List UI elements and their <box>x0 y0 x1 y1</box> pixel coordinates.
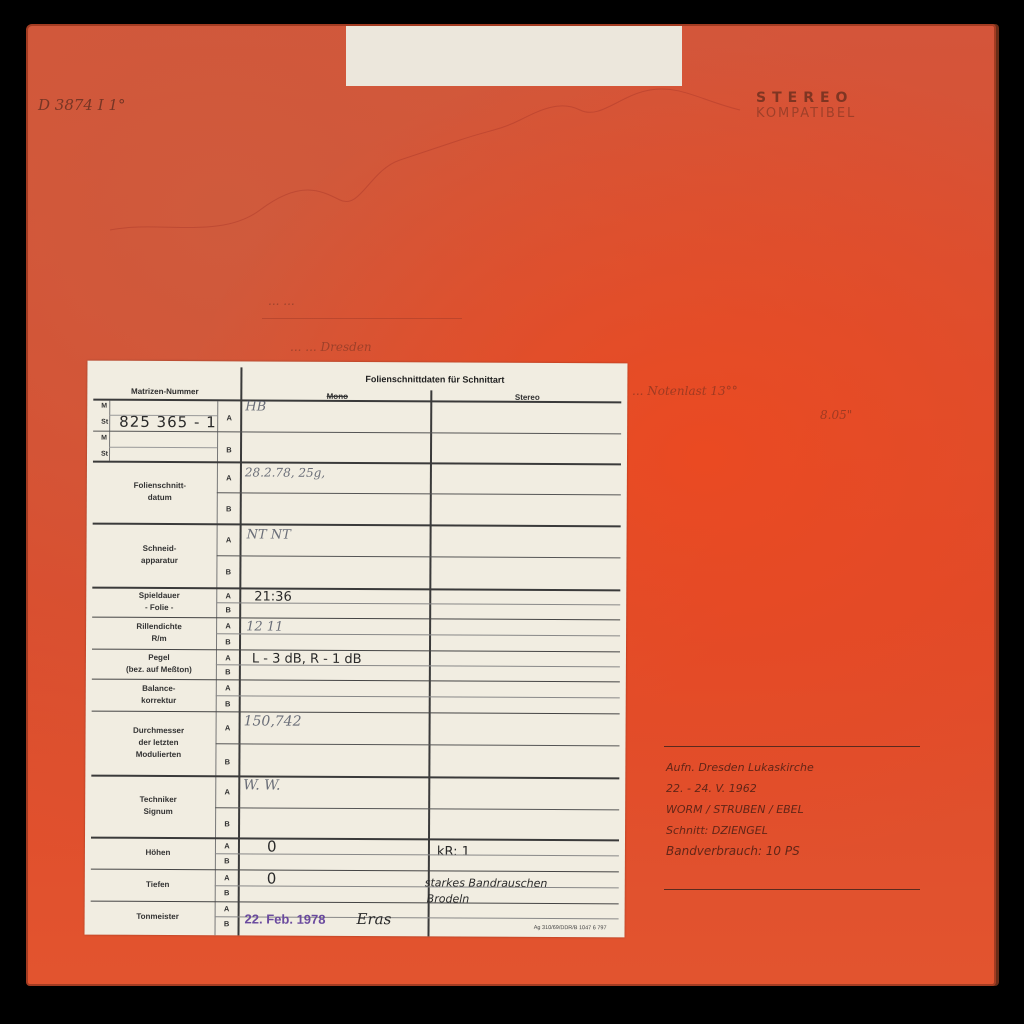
row-label-tiefen: Tiefen <box>93 869 223 902</box>
recording-engineers: WORM / STRUBEN / EBEL <box>664 799 920 820</box>
rule <box>93 431 621 435</box>
faint-note-3: ... Notenlast 13°° <box>632 384 738 398</box>
side-b-label: B <box>222 699 234 708</box>
matrix-row-m: M <box>101 403 107 410</box>
side-a-label: A <box>221 841 233 850</box>
divider-main <box>237 367 241 935</box>
matrix-number-header: Matrizen-Nummer <box>87 387 242 397</box>
side-a-label: A <box>221 904 233 913</box>
rule <box>215 743 619 746</box>
row-label-pegel: Pegel (bez. auf Meßton) <box>94 649 224 680</box>
stereo-note-bandrauschen: starkes Bandrauschen <box>425 876 548 890</box>
faint-note-2: ... ... Dresden <box>290 340 372 354</box>
techniker-signum-value-a: W. W. <box>243 777 280 793</box>
side-b-label: B <box>221 819 233 828</box>
mono-note-hb: HB <box>245 399 266 414</box>
side-a-label: A <box>223 473 235 482</box>
cutting-data-card: Matrizen-Nummer Folienschnittdaten für S… <box>85 361 628 938</box>
side-b-label: B <box>221 919 233 928</box>
schneidapparatur-value-a: NT NT <box>247 527 291 542</box>
row-label-hoehen: Höhen <box>93 837 223 870</box>
rule <box>216 695 620 698</box>
rule <box>216 633 620 636</box>
side-a-label: A <box>223 535 235 544</box>
recording-location: Aufn. Dresden Lukaskirche <box>664 747 920 778</box>
side-b-label: B <box>222 667 234 676</box>
side-b-label: B <box>223 504 235 513</box>
form-code: Ag 310/69/DDR/B 1047 6 797 <box>534 925 607 931</box>
tonmeister-date-stamp: 22. Feb. 1978 <box>245 911 326 926</box>
faint-underline <box>262 318 462 319</box>
matrix-row-m: M <box>101 435 107 442</box>
row-label-balancekorrektur: Balance- korrektur <box>94 679 224 712</box>
rule <box>109 447 217 449</box>
row-label-durchmesser: Durchmesser der letzten Modulierten <box>93 711 223 776</box>
tape-usage: Bandverbrauch: 10 PS <box>664 841 920 862</box>
durchmesser-value-a: 150,742 <box>244 713 302 729</box>
side-a-label: A <box>222 683 234 692</box>
side-a-label: A <box>222 591 234 600</box>
faint-waveform-scribble <box>100 80 750 280</box>
rule <box>217 492 621 495</box>
side-a-label: A <box>221 787 233 796</box>
tonmeister-signature: Eras <box>357 910 392 928</box>
rillendichte-value-a: 12 11 <box>246 619 283 634</box>
rule <box>216 555 620 558</box>
rule <box>215 807 619 810</box>
cutting-engineer: Schnitt: DZIENGEL <box>664 820 920 841</box>
blank-spine-label <box>346 26 682 86</box>
recording-notes: Aufn. Dresden Lukaskirche 22. - 24. V. 1… <box>664 746 920 890</box>
side-b-label: B <box>222 637 234 646</box>
row-label-techniker-signum: Techniker Signum <box>93 775 223 838</box>
matrix-row-st: St <box>101 419 108 426</box>
row-label-schneidapparatur: Schneid- apparatur <box>94 523 224 588</box>
side-b-label: B <box>221 757 233 766</box>
side-b-label: B <box>222 605 234 614</box>
row-label-rillendichte: Rillendichte R/m <box>94 617 224 650</box>
faint-note-1: ... ... <box>268 294 295 308</box>
row-label-folienschnittdatum: Folienschnitt- datum <box>95 461 225 524</box>
row-label-spieldauer: Spieldauer - Folie - <box>94 587 224 618</box>
side-b-label: B <box>221 888 233 897</box>
side-a-label: A <box>223 413 235 422</box>
side-a-label: A <box>222 653 234 662</box>
side-a-label: A <box>222 621 234 630</box>
matrix-row-st: St <box>101 451 108 458</box>
side-b-label: B <box>222 567 234 576</box>
kompatibel-stamp: KOMPATIBEL <box>756 106 856 121</box>
recording-dates: 22. - 24. V. 1962 <box>664 778 920 799</box>
side-b-label: B <box>221 856 233 865</box>
folienschnittdatum-value-a: 28.2.78, 25g, <box>245 465 325 479</box>
stereo-note-kr: kR: 1 <box>437 844 470 859</box>
cutting-data-header: Folienschnittdaten für Schnittart <box>242 373 627 385</box>
side-a-label: A <box>222 723 234 732</box>
side-a-label: A <box>221 873 233 882</box>
side-b-label: B <box>223 445 235 454</box>
stereo-note-brodeln: Brodeln <box>427 892 470 905</box>
row-label-tonmeister: Tonmeister <box>93 901 223 934</box>
faint-note-4: 8.05" <box>820 408 852 422</box>
stereo-stamp: STEREO <box>756 90 853 106</box>
